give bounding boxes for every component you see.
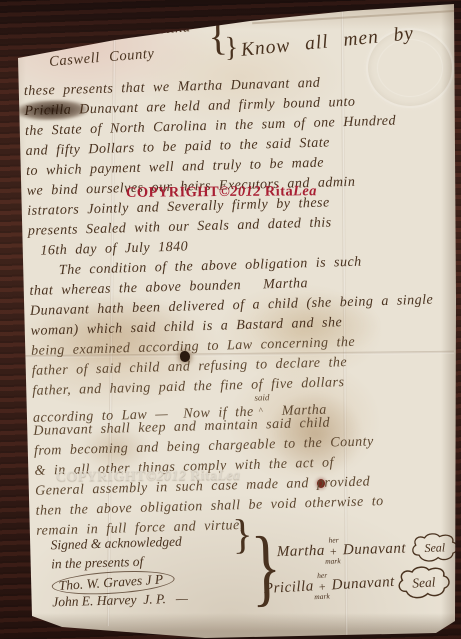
signer-last-name: Dunavant — [331, 573, 395, 593]
know-all-men-line: Know all men by — [240, 23, 415, 62]
copyright-watermark-red: COPYRIGHT©2012 RitaLea — [126, 183, 317, 202]
signature-block: Signed & acknowledged} in the presents o… — [36, 524, 461, 632]
witness-column: Signed & acknowledged} in the presents o… — [50, 530, 262, 612]
caret-mark: ^ — [258, 400, 263, 420]
copyright-watermark-embossed: COPYRIGHT©2012 RitaLea — [56, 468, 241, 486]
photo-of-document: State of North Carolina { Caswell County… — [0, 0, 461, 639]
her-mark: her+mark — [325, 537, 344, 563]
inserted-word: said^ — [253, 395, 274, 416]
seal-label: Seal — [412, 574, 436, 590]
paper-document: State of North Carolina { Caswell County… — [0, 0, 461, 639]
signer-last-name: Dunavant — [343, 540, 407, 559]
seal-stamp: Seal — [409, 532, 461, 563]
seal-label: Seal — [424, 540, 446, 555]
signer-first-name: Martha — [277, 542, 325, 560]
closing-brace: } — [224, 32, 238, 64]
handwritten-content: State of North Carolina { Caswell County… — [22, 10, 461, 632]
seal-stamp: Seal — [394, 564, 454, 601]
signer-first-name: Pricilla — [263, 578, 314, 598]
signer-column: Martha her+mark Dunavant Seal Pricilla h… — [276, 530, 461, 603]
struck-out-name: Pricilla — [24, 103, 71, 119]
county-line: Caswell County — [49, 46, 156, 71]
connector-dash: — — [176, 591, 188, 606]
her-mark: her+mark — [313, 572, 332, 599]
